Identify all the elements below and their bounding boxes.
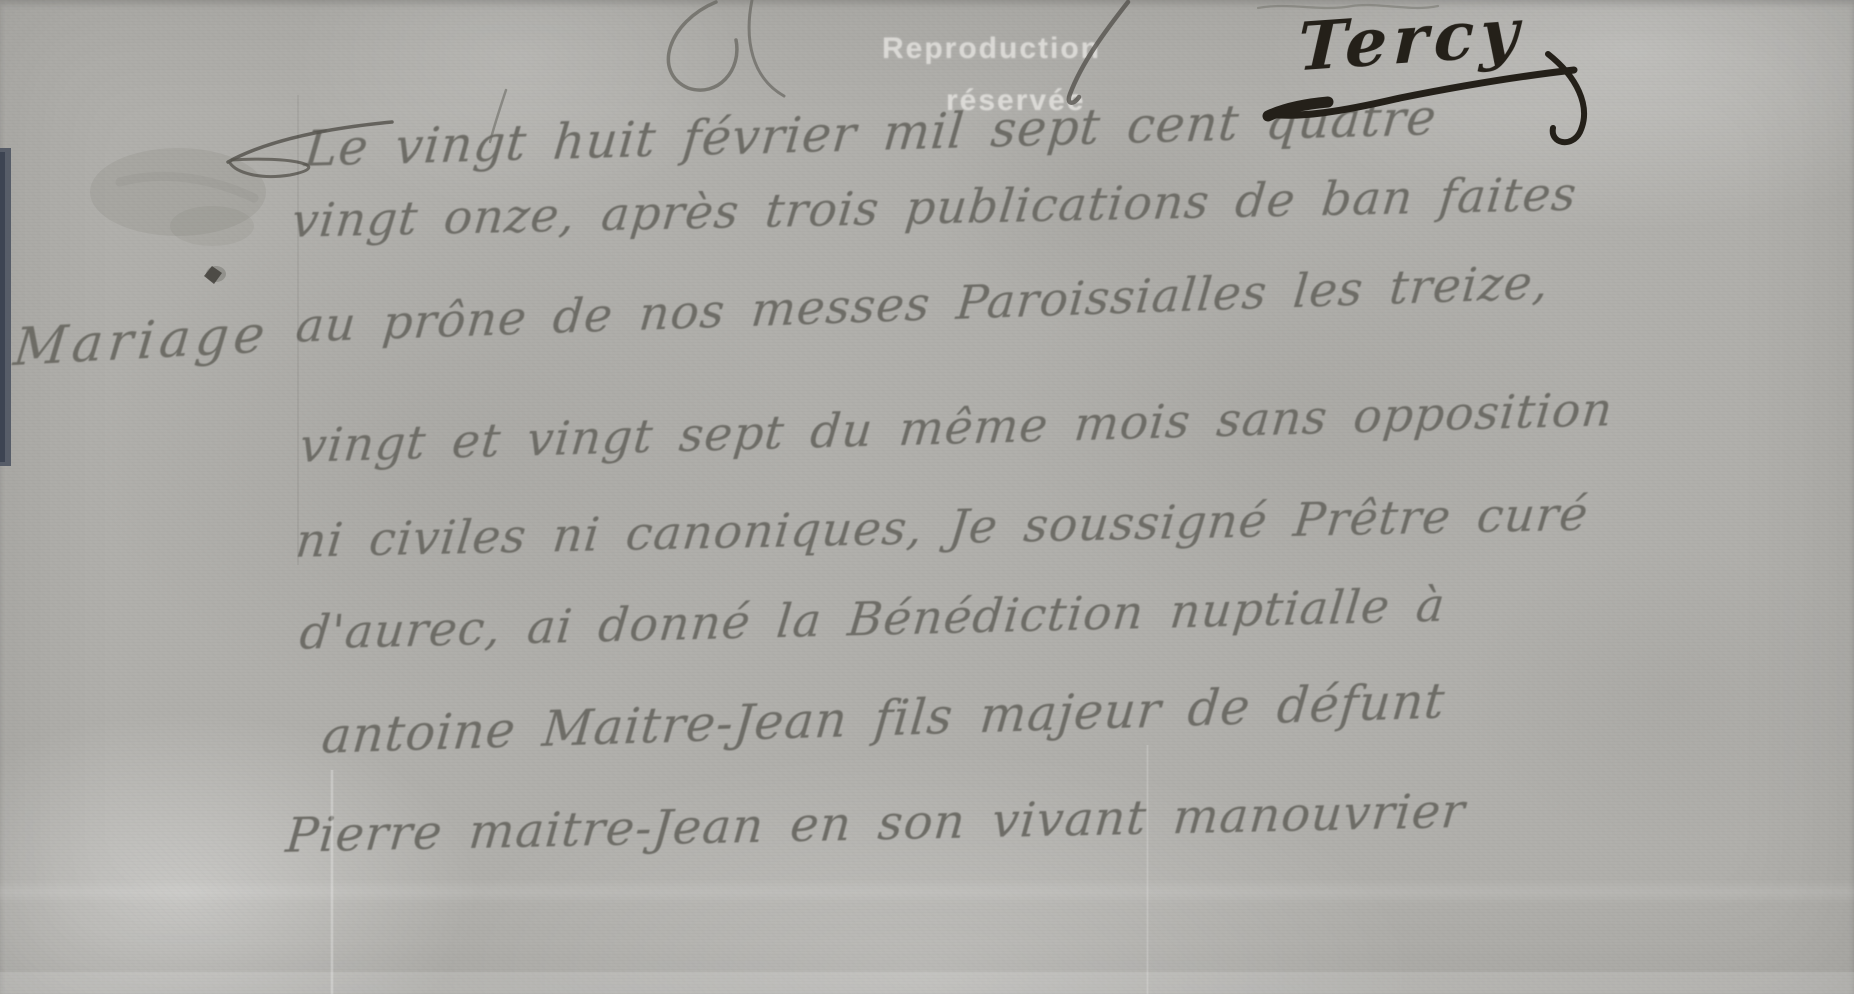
scan-page: Reproduction réservée Tercy Mariage Le v… <box>0 0 1854 994</box>
header-place-name: Tercy <box>1297 0 1526 80</box>
watermark-line1: Reproduction <box>882 34 1101 64</box>
manuscript-line: d'aurec, ai donné la Bénédiction nuptial… <box>298 582 1448 657</box>
smudge <box>170 206 254 246</box>
manuscript-line: vingt onze, après trois publications de … <box>290 171 1580 245</box>
paper-crease <box>330 770 334 994</box>
paper-crease <box>1146 745 1149 994</box>
ink-blot <box>204 266 222 284</box>
cutoff-stroke-top-left-tail <box>749 0 784 96</box>
manuscript-line: au prône de nos messes Paroissialles les… <box>294 259 1551 350</box>
paper-crease <box>0 972 1854 994</box>
cutoff-stroke-top-left <box>668 2 737 90</box>
scan-edge-strip <box>0 148 11 466</box>
smudge-stroke <box>120 176 254 198</box>
smudge <box>90 148 266 236</box>
manuscript-line: antoine Maitre-Jean fils majeur de défun… <box>320 677 1448 761</box>
cutoff-stroke-top-middle <box>1069 2 1128 103</box>
manuscript-line: ni civiles ni canoniques, Je soussigné P… <box>294 491 1591 565</box>
pen-flourish-descender <box>1548 54 1584 142</box>
scan-edge-strip-inner <box>0 152 5 462</box>
manuscript-line: Le vingt huit février mil sept cent quat… <box>303 94 1439 174</box>
manuscript-line: vingt et vingt sept du même mois sans op… <box>298 386 1615 470</box>
paper-crease <box>0 880 1854 904</box>
manuscript-line: Pierre maitre-Jean en son vivant manouvr… <box>284 787 1467 860</box>
margin-annotation: Mariage <box>11 308 272 374</box>
pen-flourish-opening-loop <box>230 159 309 176</box>
ink-blot-halo <box>206 266 226 282</box>
